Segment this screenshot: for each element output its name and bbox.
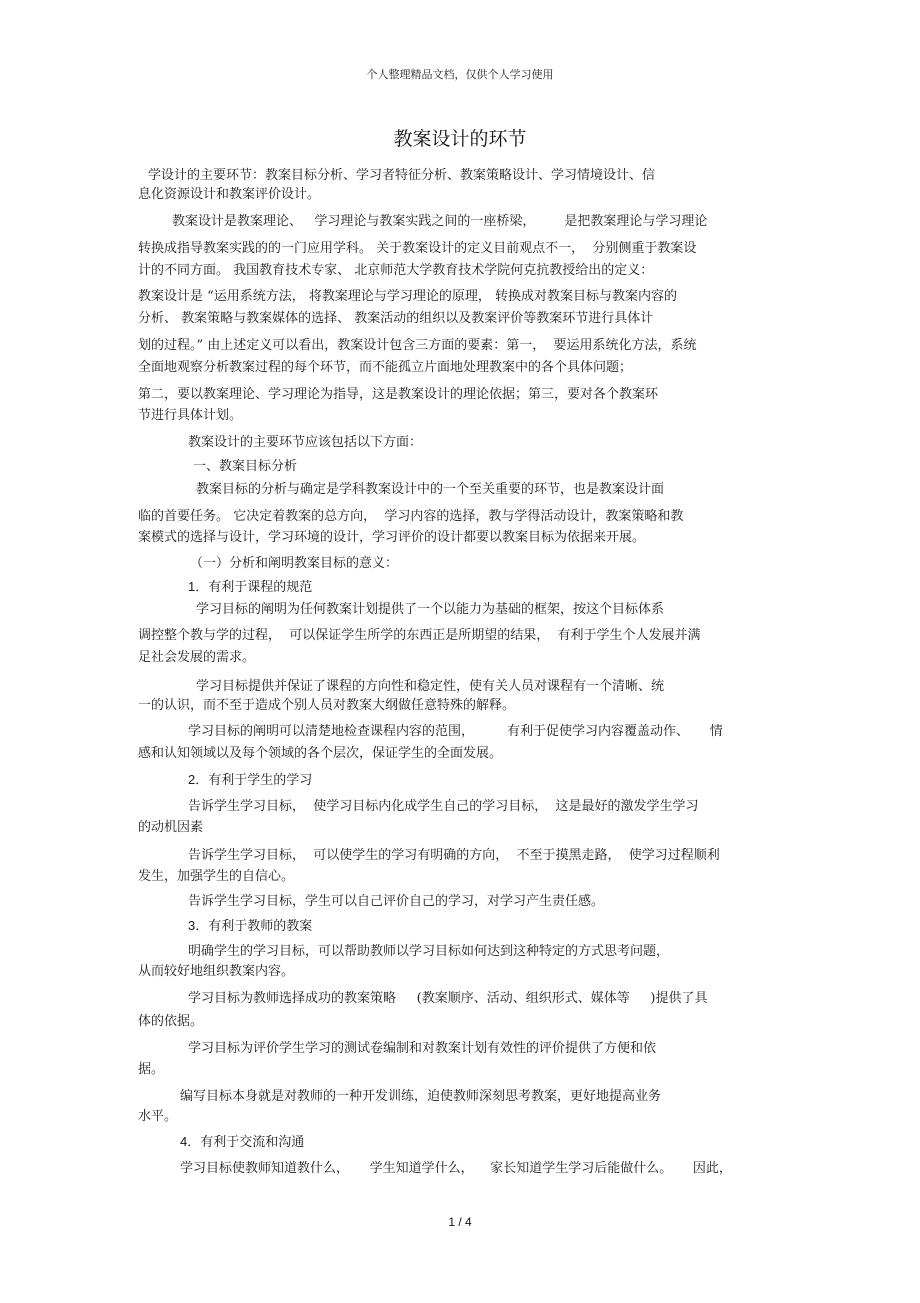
list-number: 1．	[188, 579, 208, 594]
list-number: 4．	[180, 1134, 200, 1149]
line-text: 教案目标的分析与确定是学科教案设计中的一个至关重要的环节，也是教案设计面	[196, 482, 664, 497]
line-text: 教案设计的主要环节应该包括以下方面：	[188, 435, 422, 450]
line-text: 据。	[138, 1062, 164, 1077]
line-text: 有利于教师的教案	[208, 919, 312, 934]
paragraph-line: 编写目标本身就是对教师的一种开发训练，迫使教师深刻思考教案，更好地提高业务	[180, 1089, 661, 1105]
line-text: 学习目标的阐明可以清楚地检查课程内容的范围， 有利于促使学习内容覆盖动作、 情	[188, 724, 723, 739]
line-text: 告诉学生学习目标，学生可以自己评价自己的学习，对学习产生责任感。	[188, 894, 604, 909]
line-text: （一）分析和阐明教案目标的意义：	[190, 556, 398, 571]
paragraph-line: 教案设计是 “运用系统方法， 将教案理论与学习理论的原理， 转换成对教案目标与教…	[138, 289, 677, 305]
section-heading-line: 2．有利于学生的学习	[188, 772, 312, 789]
paragraph-line: 从而较好地组织教案内容。	[138, 964, 294, 980]
line-text: 体的依据。	[138, 1014, 203, 1029]
paragraph-line: （一）分析和阐明教案目标的意义：	[190, 556, 398, 572]
paragraph-line: 学习目标为教师选择成功的教案策略 (教案顺序、活动、组织形式、媒体等 )提供了具	[188, 991, 707, 1007]
paragraph-line: 水平。	[138, 1109, 177, 1125]
paragraph-line: 教案设计是教案理论、 学习理论与教案实践之间的一座桥梁， 是把教案理论与学习理论	[172, 214, 707, 230]
line-text: 临的首要任务。 它决定着教案的总方向， 学习内容的选择，教与学得活动设计，教案策…	[138, 509, 683, 524]
list-number: 2．	[188, 772, 208, 787]
paragraph-line: 告诉学生学习目标， 使学习目标内化成学生自己的学习目标， 这是最好的激发学生学习	[188, 799, 699, 815]
document-title: 教案设计的环节	[0, 124, 920, 151]
paragraph-line: 学习目标为评价学生学习的测试卷编制和对教案计划有效性的评价提供了方便和依	[188, 1041, 656, 1057]
line-text: 教案设计是教案理论、 学习理论与教案实践之间的一座桥梁， 是把教案理论与学习理论	[172, 214, 707, 229]
line-text: 一、教案目标分析	[193, 459, 297, 474]
paragraph-line: 明确学生的学习目标，可以帮助教师以学习目标如何达到这种特定的方式思考问题，	[188, 944, 669, 960]
line-text: 学习目标为教师选择成功的教案策略 (教案顺序、活动、组织形式、媒体等 )提供了具	[188, 991, 707, 1006]
line-text: 教案设计是 “运用系统方法， 将教案理论与学习理论的原理， 转换成对教案目标与教…	[138, 289, 677, 304]
line-text: 有利于交流和沟通	[200, 1135, 304, 1150]
line-text: 学习目标使教师知道教什么， 学生知道学什么， 家长知道学生学习后能做什么。 因此…	[180, 1161, 732, 1176]
section-heading-line: 4．有利于交流和沟通	[180, 1134, 304, 1151]
paragraph-line: 全面地观察分析教案过程的每个环节，而不能孤立片面地处理教案中的各个具体问题；	[138, 360, 632, 376]
line-text: 节进行具体计划。	[138, 408, 242, 423]
line-text: 告诉学生学习目标， 可以使学生的学习有明确的方向， 不至于摸黑走路， 使学习过程…	[188, 848, 720, 863]
line-text: 从而较好地组织教案内容。	[138, 964, 294, 979]
line-text: 学习目标为评价学生学习的测试卷编制和对教案计划有效性的评价提供了方便和依	[188, 1041, 656, 1056]
list-number: 3．	[188, 918, 208, 933]
paragraph-line: 学设计的主要环节：教案目标分析、学习者特征分析、教案策略设计、学习情境设计、信	[148, 168, 655, 184]
paragraph-line: 一的认识，而不至于造成个别人员对教案大纲做任意特殊的解释。	[138, 698, 515, 714]
line-text: 全面地观察分析教案过程的每个环节，而不能孤立片面地处理教案中的各个具体问题；	[138, 360, 632, 375]
page-number: 1 / 4	[0, 1215, 920, 1229]
paragraph-line: 节进行具体计划。	[138, 408, 242, 424]
line-text: 足社会发展的需求。	[138, 650, 255, 665]
paragraph-line: 告诉学生学习目标，学生可以自己评价自己的学习，对学习产生责任感。	[188, 894, 604, 910]
line-text: 有利于学生的学习	[208, 773, 312, 788]
line-text: 有利于课程的规范	[208, 580, 312, 595]
page-header: 个人整理精品文档，仅供个人学习使用	[0, 66, 920, 82]
line-text: 分析、 教案策略与教案媒体的选择、 教案活动的组织以及教案评价等教案环节进行具体…	[138, 311, 653, 326]
paragraph-line: 临的首要任务。 它决定着教案的总方向， 学习内容的选择，教与学得活动设计，教案策…	[138, 509, 683, 525]
paragraph-line: 息化资源设计和教案评价设计。	[138, 187, 320, 203]
section-heading-line: 3．有利于教师的教案	[188, 918, 312, 935]
line-text: 告诉学生学习目标， 使学习目标内化成学生自己的学习目标， 这是最好的激发学生学习	[188, 799, 699, 814]
paragraph-line: 学习目标的阐明可以清楚地检查课程内容的范围， 有利于促使学习内容覆盖动作、 情	[188, 724, 723, 740]
line-text: 计的不同方面。 我国教育技术专家、 北京师范大学教育技术学院何克抗教授给出的定义…	[138, 263, 653, 278]
paragraph-line: 足社会发展的需求。	[138, 650, 255, 666]
paragraph-line: 教案目标的分析与确定是学科教案设计中的一个至关重要的环节，也是教案设计面	[196, 482, 664, 498]
paragraph-line: 转换成指导教案实践的的一门应用学科。 关于教案设计的定义目前观点不一， 分别侧重…	[138, 241, 696, 257]
paragraph-line: 学习目标使教师知道教什么， 学生知道学什么， 家长知道学生学习后能做什么。 因此…	[180, 1161, 732, 1177]
paragraph-line: 感和认知领域以及每个领域的各个层次，保证学生的全面发展。	[138, 746, 502, 762]
paragraph-line: 一、教案目标分析	[193, 459, 297, 475]
line-text: 感和认知领域以及每个领域的各个层次，保证学生的全面发展。	[138, 746, 502, 761]
line-text: 划的过程。” 由上述定义可以看出，教案设计包含三方面的要素：第一， 要运用系统化…	[138, 338, 697, 353]
line-text: 明确学生的学习目标，可以帮助教师以学习目标如何达到这种特定的方式思考问题，	[188, 944, 669, 959]
paragraph-line: 划的过程。” 由上述定义可以看出，教案设计包含三方面的要素：第一， 要运用系统化…	[138, 338, 697, 354]
line-text: 水平。	[138, 1109, 177, 1124]
paragraph-line: 的动机因素	[138, 820, 203, 836]
line-text: 案模式的选择与设计，学习环境的设计，学习评价的设计都要以教案目标为依据来开展。	[138, 530, 645, 545]
line-text: 发生，加强学生的自信心。	[138, 869, 294, 884]
line-text: 编写目标本身就是对教师的一种开发训练，迫使教师深刻思考教案，更好地提高业务	[180, 1089, 661, 1104]
paragraph-line: 发生，加强学生的自信心。	[138, 869, 294, 885]
line-text: 一的认识，而不至于造成个别人员对教案大纲做任意特殊的解释。	[138, 698, 515, 713]
paragraph-line: 教案设计的主要环节应该包括以下方面：	[188, 435, 422, 451]
paragraph-line: 分析、 教案策略与教案媒体的选择、 教案活动的组织以及教案评价等教案环节进行具体…	[138, 311, 653, 327]
paragraph-line: 学习目标的阐明为任何教案计划提供了一个以能力为基础的框架，按这个目标体系	[196, 602, 664, 618]
line-text: 调控整个教与学的过程， 可以保证学生所学的东西正是所期望的结果， 有利于学生个人…	[138, 628, 701, 643]
section-heading-line: 1．有利于课程的规范	[188, 579, 312, 596]
line-text: 学习目标的阐明为任何教案计划提供了一个以能力为基础的框架，按这个目标体系	[196, 602, 664, 617]
line-text: 学习目标提供并保证了课程的方向性和稳定性，使有关人员对课程有一个清晰、统	[196, 679, 664, 694]
paragraph-line: 第二，要以教案理论、学习理论为指导，这是教案设计的理论依据；第三，要对各个教案环	[138, 387, 658, 403]
paragraph-line: 案模式的选择与设计，学习环境的设计，学习评价的设计都要以教案目标为依据来开展。	[138, 530, 645, 546]
paragraph-line: 告诉学生学习目标， 可以使学生的学习有明确的方向， 不至于摸黑走路， 使学习过程…	[188, 848, 720, 864]
paragraph-line: 调控整个教与学的过程， 可以保证学生所学的东西正是所期望的结果， 有利于学生个人…	[138, 628, 701, 644]
line-text: 息化资源设计和教案评价设计。	[138, 187, 320, 202]
paragraph-line: 学习目标提供并保证了课程的方向性和稳定性，使有关人员对课程有一个清晰、统	[196, 679, 664, 695]
paragraph-line: 计的不同方面。 我国教育技术专家、 北京师范大学教育技术学院何克抗教授给出的定义…	[138, 263, 653, 279]
paragraph-line: 体的依据。	[138, 1014, 203, 1030]
line-text: 的动机因素	[138, 820, 203, 835]
paragraph-line: 据。	[138, 1062, 164, 1078]
line-text: 第二，要以教案理论、学习理论为指导，这是教案设计的理论依据；第三，要对各个教案环	[138, 387, 658, 402]
line-text: 转换成指导教案实践的的一门应用学科。 关于教案设计的定义目前观点不一， 分别侧重…	[138, 241, 696, 256]
line-text: 学设计的主要环节：教案目标分析、学习者特征分析、教案策略设计、学习情境设计、信	[148, 168, 655, 183]
